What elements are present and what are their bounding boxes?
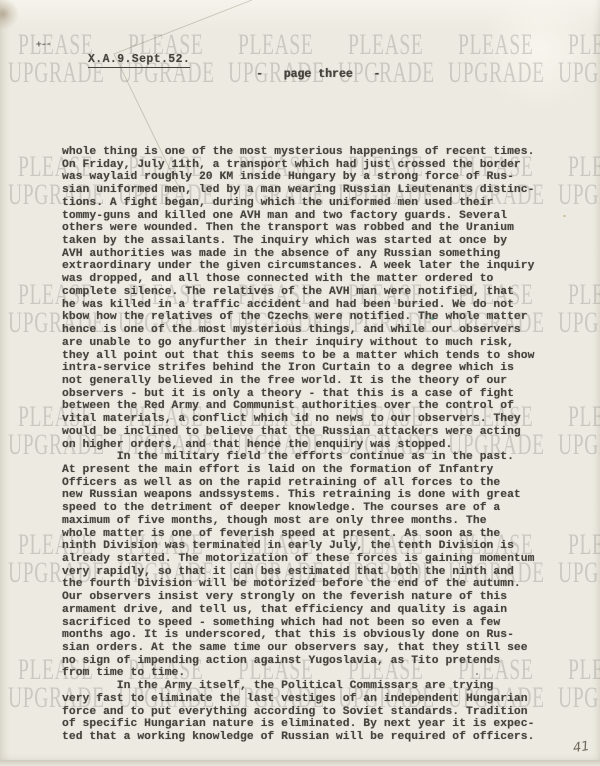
typed-line: AVH authorities was made in the absence … bbox=[62, 248, 534, 261]
typed-line: months ago. It is underscored, that this… bbox=[62, 629, 534, 642]
typed-line: complete silence. The relatives of the A… bbox=[62, 286, 534, 299]
typed-line: taken by the assailants. The inquiry whi… bbox=[62, 235, 534, 248]
typed-line: tions. A fight began, during which the u… bbox=[62, 197, 534, 210]
scanned-document-page: PLEASEUPGRADEPLEASEUPGRADEPLEASEUPGRADEP… bbox=[0, 0, 600, 766]
watermark-upgrade-text: UPGRADE bbox=[558, 58, 600, 88]
typed-line: would be inclined to believe that the Ru… bbox=[62, 426, 534, 439]
typed-line: intra-service strifes behind the Iron Cu… bbox=[62, 362, 534, 375]
typed-line: ted that a working knowledge of Russian … bbox=[62, 731, 534, 744]
typed-line: of specific Hungarian nature is eliminat… bbox=[62, 718, 534, 731]
handwritten-page-number: 41 bbox=[572, 739, 590, 756]
watermark-upgrade-text: UPGRADE bbox=[558, 558, 600, 588]
typed-line: speed to the detriment of deeper knowled… bbox=[62, 502, 534, 515]
typed-line: the fourth Division will be motorized be… bbox=[62, 578, 534, 591]
typed-line: sian orders. At the same time our observ… bbox=[62, 642, 534, 655]
typed-line: are unable to go anyfurther in their inq… bbox=[62, 337, 534, 350]
typed-line: from time to time. bbox=[62, 667, 534, 680]
typed-line: already started. The motorization of the… bbox=[62, 553, 534, 566]
page-label: - page three - bbox=[256, 68, 380, 81]
watermark-upgrade-text: UPGRADE bbox=[448, 58, 545, 88]
typed-line: very rapidly, so that it can bes estimat… bbox=[62, 566, 534, 579]
typed-line: no sign of impending action against Yugo… bbox=[62, 655, 534, 668]
typed-line: observers - but it is only a theory - th… bbox=[62, 388, 534, 401]
watermark-upgrade-text: UPGRADE bbox=[558, 683, 600, 713]
typed-line: Officers as well as on the rapid retrain… bbox=[62, 477, 534, 490]
typed-line: sian uniformed men, led by a man wearing… bbox=[62, 184, 534, 197]
watermark-upgrade-text: UPGRADE bbox=[558, 180, 600, 210]
typed-line: hence is one of the most mysterious thin… bbox=[62, 324, 534, 337]
typed-line: others were wounded. Then the transport … bbox=[62, 222, 534, 235]
typed-line: was waylaid roughly 20 KM inside Hungary… bbox=[62, 171, 534, 184]
typed-text-block: whole thing is one of the most mysteriou… bbox=[62, 146, 534, 744]
typed-line: vital materials, a conflict which id no … bbox=[62, 413, 534, 426]
typed-line: sacrificed to speed - something which ha… bbox=[62, 617, 534, 630]
typed-line: not generally believed in the free world… bbox=[62, 375, 534, 388]
typed-line: on higher orders, and that hence the enq… bbox=[62, 439, 534, 452]
typed-line: was dropped, and all those connected wit… bbox=[62, 273, 534, 286]
pencil-corner-mark: +-- bbox=[36, 39, 52, 51]
scan-speckle bbox=[563, 215, 566, 217]
watermark-upgrade-text: UPGRADE bbox=[558, 430, 600, 460]
watermark-upgrade-text: UPGRADE bbox=[558, 308, 600, 338]
typed-line: whole matter is one of feverish speed at… bbox=[62, 528, 534, 541]
typed-line: force and to put everything according to… bbox=[62, 706, 534, 719]
typed-line: maximum of five months, though most are … bbox=[62, 515, 534, 528]
document-reference: X.A.9.Sept.52. bbox=[88, 53, 190, 68]
typed-line: he was killed in a traffic accident and … bbox=[62, 299, 534, 312]
typed-line: ninth Division was terminated in early J… bbox=[62, 540, 534, 553]
typed-line: new Russian weapons andssystems. This re… bbox=[62, 489, 534, 502]
typed-line: In the Army itself, the Political Commis… bbox=[62, 680, 534, 693]
typed-line: Our observers insist very strongly on th… bbox=[62, 591, 534, 604]
typed-line: they all point out that this seems to be… bbox=[62, 350, 534, 363]
typed-line: very fast to eliminate the last vestiges… bbox=[62, 693, 534, 706]
typed-line: tommy-guns and killed one AVH man and tw… bbox=[62, 210, 534, 223]
typed-line: armament drive, and tell us, that effici… bbox=[62, 604, 534, 617]
typed-line: between the Red Army and Communist autho… bbox=[62, 400, 534, 413]
typed-line: kbow how the relatives of the Czechs wer… bbox=[62, 311, 534, 324]
typed-line: In the military field the efforts contin… bbox=[62, 451, 534, 464]
typed-line: On Friday, July 11th, a transport which … bbox=[62, 159, 534, 172]
typed-line: extraordinary under the given circumstan… bbox=[62, 260, 534, 273]
typed-line: At present the main effort is laid on th… bbox=[62, 464, 534, 477]
typed-line: whole thing is one of the most mysteriou… bbox=[62, 146, 534, 159]
